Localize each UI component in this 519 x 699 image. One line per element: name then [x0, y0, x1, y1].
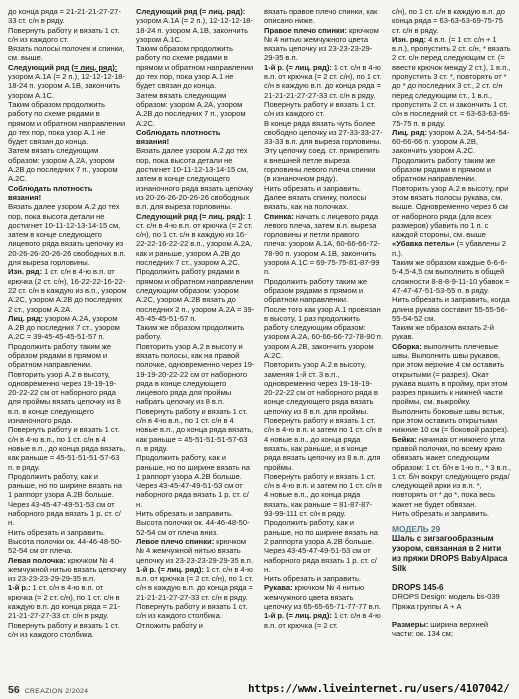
- text-run: После того как узор А.1 провязан в высот…: [264, 305, 383, 360]
- paragraph: Таким образом продолжить работу по схеме…: [8, 100, 127, 146]
- bold-run: Лиц. ряд:: [8, 314, 43, 323]
- bold-run: Соблюдать плотность вязания!: [8, 184, 92, 202]
- paragraph: Таким образом продолжить работу по схеме…: [136, 44, 255, 90]
- bold-run: МОДЕЛЬ 29: [392, 524, 440, 534]
- bold-run: Левое плечо спинки:: [136, 537, 214, 546]
- bold-run: 1-й р. (= лиц. ряд):: [264, 611, 332, 620]
- text-column-3: вязать правое плечо спинки, как описано …: [264, 7, 383, 639]
- bold-run: 1-й р. (= лиц. ряд):: [136, 565, 204, 574]
- text-run: DROPS Design: модель bs-039: [392, 592, 500, 601]
- text-run: вязать правое плечо спинки, как описано …: [264, 7, 377, 25]
- paragraph: 1-й р. (= лиц. ряд): 1 ст. с/н в 4-ю в.п…: [264, 63, 383, 100]
- text-run: Затем вязать следующим образом: узором А…: [8, 146, 118, 183]
- text-run: с/н), по 1 ст. с/н в каждую в.п. до конц…: [392, 7, 505, 35]
- text-run: Через 43-45-47-49-51-53 см от наборного …: [264, 546, 377, 574]
- paragraph: Повторить узор А.2 в высоту, заменяя 1-й…: [264, 360, 383, 416]
- model-title: Шаль с зигзагообразным узором, связанная…: [392, 534, 511, 573]
- paragraph: Нить обрезать и заправить.: [8, 528, 127, 537]
- text-run: Продолжить работу, как и раньше, но по ш…: [264, 518, 378, 546]
- paragraph: Повторить узор А.2 в высоту, при этом вя…: [392, 184, 511, 258]
- paragraph: Пряжа группы А + А: [392, 602, 511, 611]
- text-run: Через 43-45-47-49-51-53 см от наборного …: [8, 500, 121, 528]
- pattern-number: DROPS 145-6: [392, 583, 511, 593]
- text-run: В конце ряда вязать чуть более свободно …: [264, 119, 382, 184]
- paragraph: Повторить узор А.2 в высоту и вязать пол…: [136, 342, 255, 407]
- magazine-title: CREAZION 2/2024: [25, 688, 89, 695]
- paragraph: Сборка: выполнить плечевые швы. Выполнит…: [392, 342, 511, 435]
- page-footer: 56 CREAZION 2/2024: [8, 684, 88, 696]
- text-run: Повторить узор А.2 в высоту, одновременн…: [8, 370, 121, 425]
- text-run: Таким же образом продолжить работу.: [136, 323, 244, 341]
- text-run: Повернуть работу и вязать 1 ст. с/н из к…: [8, 621, 119, 639]
- bold-run: Шаль с зигзагообразным узором, связанная…: [392, 534, 507, 572]
- paragraph: Левое плечо спинки: крючком № 4 жемчужно…: [136, 537, 255, 565]
- paragraph: Повернуть работу и вязать 1 ст. с/н из к…: [8, 621, 127, 640]
- text-run: Нить обрезать и заправить.: [8, 528, 105, 537]
- paragraph: Таким же образом вязать 2-й рукав.: [392, 323, 511, 342]
- text-run: Продолжить работу, как и раньше, но по ш…: [8, 472, 122, 500]
- text-run: Продолжить работу, как и раньше, но по ш…: [136, 453, 250, 481]
- bold-run: Следующий ряд: [8, 63, 71, 72]
- paragraph: Нить обрезать и заправить.: [136, 509, 255, 518]
- text-run: 1 ст. с/н в 4-ю в.п. от крючка (= 2 ст. …: [136, 212, 253, 267]
- bold-run: Спинка:: [264, 212, 294, 221]
- text-run: Вязать далее узором А.2 до тех пор, пока…: [8, 202, 126, 267]
- paragraph: 1-й р.: 1 ст. с/н в 4-ю в.п. от крючка (…: [8, 583, 127, 620]
- bold-run: Левая полочка:: [8, 556, 66, 565]
- paragraph: Продолжить работу, как и раньше, но по ш…: [264, 518, 383, 546]
- paragraph: Правое плечо спинки: крючком № 4 нитью ж…: [264, 26, 383, 63]
- model-heading: МОДЕЛЬ 29: [392, 524, 511, 534]
- text-run: Пряжа группы А + А: [392, 602, 462, 611]
- bold-run: Размеры:: [392, 620, 428, 629]
- text-run: Повторить узор А.2 в высоту, заменяя 1-й…: [264, 360, 378, 415]
- paragraph: Спинка: начать с лицевого ряда левого пл…: [264, 212, 383, 277]
- bold-run: Изн. ряд:: [8, 267, 42, 276]
- paragraph: Высота полочки ок. 44-46-48-50-52-54 см …: [8, 537, 127, 556]
- paragraph: вязать правое плечо спинки, как описано …: [264, 7, 383, 26]
- paragraph: Повернуть работу и вязать 1 ст. с/н в 4-…: [136, 407, 255, 453]
- heading: Соблюдать плотность вязания!: [136, 128, 255, 147]
- text-run: Продолжить работу таким же образом рядам…: [8, 342, 111, 370]
- text-run: Высота полочки ок. 44-46-48-50-52-54 см …: [136, 518, 250, 536]
- paragraph: Вязать далее узором А.2 до тех пор, пока…: [8, 202, 127, 267]
- paragraph: После того как узор А.1 провязан в высот…: [264, 305, 383, 361]
- paragraph: Изн. ряд: 4 в.п. (= 1 ст. с/н + 1 в.п.),…: [392, 35, 511, 128]
- paragraph: Затем вязать следующим образом: узором А…: [8, 146, 127, 183]
- paragraph: Рукава: крючком № 4 нитью жемчужного цве…: [264, 583, 383, 611]
- text-columns-container: до конца ряда = 21-21-21-27-27-33 ст. с/…: [8, 7, 511, 639]
- paragraph: Повторить узор А.2 в высоту, одновременн…: [8, 370, 127, 426]
- bold-run: DROPS 145-6: [392, 583, 444, 592]
- bold-run: Бейка:: [392, 435, 417, 444]
- bold-run: (= лиц. ряд):: [71, 63, 117, 72]
- text-run: Таким же образом каждые 6-6-6-5-4,5-4,5 …: [392, 258, 509, 295]
- paragraph: Через 43-45-47-49-51-53 см от наборного …: [136, 481, 255, 509]
- paragraph: Продолжить работу таким же образом рядам…: [392, 156, 511, 184]
- bold-run: Следующий ряд (= лиц. ряд):: [136, 7, 245, 16]
- paragraph: Продолжить работу, как и раньше, но по ш…: [136, 453, 255, 481]
- text-run: Повторить узор А.2 в высоту, при этом вя…: [392, 184, 508, 239]
- paragraph: Продолжить работу, как и раньше, но по ш…: [8, 472, 127, 500]
- text-run: Затем вязать следующим образом: узором А…: [136, 91, 246, 128]
- paragraph: Повернуть работу и вязать 1 ст. с/н в 4-…: [264, 416, 383, 472]
- paragraph: Таким же образом продолжить работу.: [136, 323, 255, 342]
- text-run: Вязать далее узором А.2 до тех пор, пока…: [136, 146, 253, 211]
- bold-run: Правое плечо спинки:: [264, 26, 347, 35]
- paragraph: Через 43-45-47-49-51-53 см от наборного …: [264, 546, 383, 574]
- paragraph: Повернуть работу и вязать 1 ст. с/н в 4-…: [8, 425, 127, 471]
- paragraph: Вязать далее узором А.2 до тех пор, пока…: [136, 146, 255, 211]
- paragraph: Лиц. ряд: узором А.2А, 54-54-54-60-66-66…: [392, 128, 511, 156]
- bold-run: «Убавка петель»: [392, 239, 455, 248]
- watermark-url: https://www.liveinternet.ru/users/410704…: [248, 682, 509, 695]
- text-run: Продолжить работу таким же образом рядам…: [392, 156, 495, 184]
- paragraph: Бейка: начиная от нижнего угла правой по…: [392, 435, 511, 509]
- paragraph: Повернуть работу и вязать 1 ст. с/н в 4-…: [264, 472, 383, 518]
- text-run: Повернуть работу и вязать 1 ст. с/н в 4-…: [264, 472, 382, 518]
- text-run: Повернуть работу и вязать 1 ст. с/н из к…: [136, 602, 247, 630]
- text-run: узором А.1А (= 2 п.), 12-12-12-18-18-24 …: [8, 72, 125, 100]
- text-run: Повернуть работу и вязать 1 ст. с/н в 4-…: [264, 416, 382, 471]
- paragraph: Продолжить работу рядами в прямом и обра…: [136, 267, 255, 323]
- paragraph: Следующий ряд (= лиц. ряд): узором А.1А …: [136, 7, 255, 44]
- paragraph: Нить обрезать и заправить, когда длина р…: [392, 295, 511, 323]
- paragraph: Нить обрезать и заправить.: [264, 184, 383, 193]
- paragraph: Далее вязать спинку, полосы вязать, как …: [264, 193, 383, 212]
- text-run: 4 в.п. (= 1 ст. с/н + 1 в.п.), пропустит…: [392, 35, 511, 128]
- bold-run: 1-й р. (= лиц. ряд):: [264, 63, 332, 72]
- text-run: Повернуть работу и вязать 1 ст. с/н в 4-…: [8, 425, 125, 471]
- text-run: Далее вязать спинку, полосы вязать, как …: [264, 193, 366, 211]
- bold-run: Лиц. ряд:: [392, 128, 427, 137]
- paragraph: Повернуть работу и вязать 1 ст. с/н из к…: [136, 602, 255, 630]
- text-run: Нить обрезать и заправить.: [136, 509, 233, 518]
- magazine-page: до конца ряда = 21-21-21-27-27-33 ст. с/…: [0, 0, 519, 699]
- bold-run: Изн. ряд:: [392, 35, 426, 44]
- text-run: Повернуть работу и вязать 1 ст. с/н в 4-…: [136, 407, 253, 453]
- paragraph: Повернуть работу и вязать 1 ст. с/н из к…: [264, 100, 383, 119]
- bold-run: Сборка:: [392, 342, 422, 351]
- text-run: Через 43-45-47-49-51-53 см от наборного …: [136, 481, 249, 509]
- text-run: Нить обрезать и заправить, когда длина р…: [392, 295, 510, 323]
- text-run: Продолжить работу таким же образом рядам…: [264, 277, 367, 305]
- text-run: Повернуть работу и вязать 1 ст. с/н из к…: [8, 26, 119, 44]
- text-run: Нить обрезать и заправить.: [392, 509, 489, 518]
- paragraph: Нить обрезать и заправить.: [264, 574, 383, 583]
- paragraph: Продолжить работу таким же образом рядам…: [8, 342, 127, 370]
- text-run: Таким образом продолжить работу по схеме…: [136, 44, 253, 90]
- paragraph: с/н), по 1 ст. с/н в каждую в.п. до конц…: [392, 7, 511, 35]
- paragraph: В конце ряда вязать чуть более свободно …: [264, 119, 383, 184]
- text-run: Высота полочки ок. 44-46-48-50-52-54 см …: [8, 537, 122, 555]
- text-run: Повернуть работу и вязать 1 ст. с/н из к…: [264, 100, 375, 118]
- text-run: Таким же образом вязать 2-й рукав.: [392, 323, 494, 341]
- paragraph: Размеры: ширина верхней части: ок. 134 с…: [392, 620, 511, 639]
- paragraph: Повернуть работу и вязать 1 ст. с/н из к…: [8, 26, 127, 45]
- paragraph: 1-й р. (= лиц. ряд): 1 ст. с/н в 4-ю в.п…: [136, 565, 255, 602]
- paragraph: Изн. ряд: 1 ст. с/н в 4-ю в.п. от крючка…: [8, 267, 127, 313]
- paragraph: Вязать полосы полочек и спинки, см. выше…: [8, 44, 127, 63]
- text-run: Таким образом продолжить работу по схеме…: [8, 100, 125, 146]
- paragraph: DROPS Design: модель bs-039: [392, 592, 511, 601]
- text-run: Нить обрезать и заправить.: [264, 574, 361, 583]
- paragraph: 1-й р. (= лиц. ряд): 1 ст. с/н в 4-ю в.п…: [264, 611, 383, 630]
- text-run: начать с лицевого ряда левого плеча, зат…: [264, 212, 380, 277]
- paragraph: Следующий ряд (= лиц. ряд): 1 ст. с/н в …: [136, 212, 255, 268]
- text-run: начиная от нижнего угла правой полочки, …: [392, 435, 511, 509]
- paragraph: Лиц. ряд: узором А.2А, узором А.2В до по…: [8, 314, 127, 342]
- paragraph: Продолжить работу таким же образом рядам…: [264, 277, 383, 305]
- paragraph: Через 43-45-47-49-51-53 см от наборного …: [8, 500, 127, 528]
- bold-run: Соблюдать плотность вязания!: [136, 128, 220, 146]
- paragraph: Таким же образом каждые 6-6-6-5-4,5-4,5 …: [392, 258, 511, 295]
- paragraph: до конца ряда = 21-21-21-27-27-33 ст. с/…: [8, 7, 127, 26]
- text-run: Нить обрезать и заправить.: [264, 184, 361, 193]
- text-run: до конца ряда = 21-21-21-27-27-33 ст. с/…: [8, 7, 121, 25]
- bold-run: 1-й р.:: [8, 583, 31, 592]
- page-number: 56: [8, 684, 20, 696]
- paragraph: Следующий ряд (= лиц. ряд): узором А.1А …: [8, 63, 127, 100]
- paragraph: Левая полочка: крючком № 4 жемчужной нит…: [8, 556, 127, 584]
- bold-run: Рукава:: [264, 583, 293, 592]
- text-run: узором А.1А (= 2 п.), 12-12-12-18-18-24 …: [136, 16, 253, 44]
- heading: Соблюдать плотность вязания!: [8, 184, 127, 203]
- paragraph: Высота полочки ок. 44-46-48-50-52-54 см …: [136, 518, 255, 537]
- text-run: Повторить узор А.2 в высоту и вязать пол…: [136, 342, 255, 407]
- text-column-1: до конца ряда = 21-21-21-27-27-33 ст. с/…: [8, 7, 127, 639]
- paragraph: Затем вязать следующим образом: узором А…: [136, 91, 255, 128]
- text-run: Продолжить работу рядами в прямом и обра…: [136, 267, 254, 322]
- text-column-4: с/н), по 1 ст. с/н в каждую в.п. до конц…: [392, 7, 511, 639]
- bold-run: Следующий ряд (= лиц. ряд):: [136, 212, 245, 221]
- paragraph: Нить обрезать и заправить.: [392, 509, 511, 518]
- text-column-2: Следующий ряд (= лиц. ряд): узором А.1А …: [136, 7, 255, 639]
- text-run: Вязать полосы полочек и спинки, см. выше…: [8, 44, 124, 62]
- text-run: выполнить плечевые швы. Выполнить швы ру…: [392, 342, 509, 435]
